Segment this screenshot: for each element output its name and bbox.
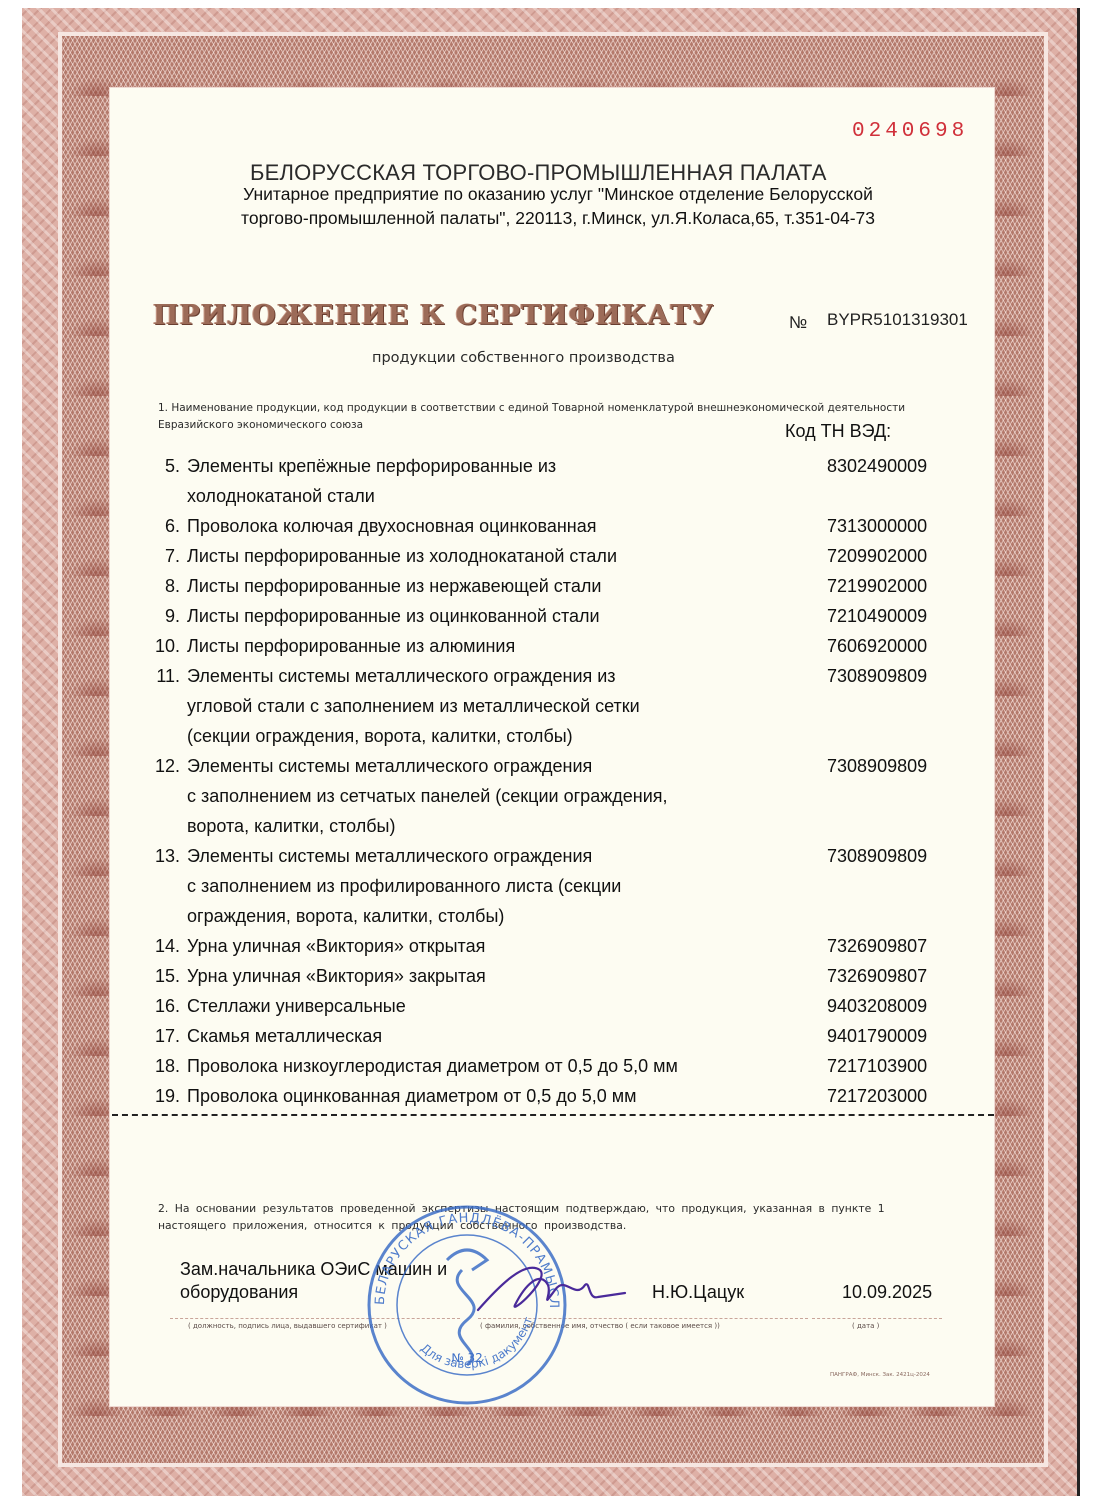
product-name: Скамья металлическая [187, 1021, 827, 1051]
product-code: 7326909807 [827, 931, 927, 961]
product-number: 16. [140, 991, 182, 1021]
product-row: 19. Проволока оцинкованная диаметром от … [140, 1081, 960, 1111]
document-heading: ПРИЛОЖЕНИЕ К СЕРТИФИКАТУ [153, 300, 714, 331]
product-name: Проволока оцинкованная диаметром от 0,5 … [187, 1081, 827, 1111]
product-name: Урна уличная «Виктория» закрытая [187, 961, 827, 991]
certificate-number-label: № [789, 313, 807, 333]
date-rule [812, 1318, 942, 1319]
product-name: Стеллажи универсальные [187, 991, 827, 1021]
product-number: 18. [140, 1051, 182, 1081]
handwritten-signature-icon [470, 1255, 630, 1325]
product-number: 8. [140, 571, 182, 601]
organization-subtitle-line1: Унитарное предприятие по оказанию услуг … [158, 182, 958, 206]
product-number: 15. [140, 961, 182, 991]
product-name: Проволока низкоуглеродистая диаметром от… [187, 1051, 827, 1081]
product-row: 15. Урна уличная «Виктория» закрытая7326… [140, 961, 960, 991]
caption-date: ( дата ) [852, 1322, 879, 1330]
product-row: 16. Стеллажи универсальные9403208009 [140, 991, 960, 1021]
product-row: 10. Листы перфорированные из алюминия760… [140, 631, 960, 661]
product-code: 7209902000 [827, 541, 927, 571]
product-row: 8. Листы перфорированные из нержавеющей … [140, 571, 960, 601]
product-code: 7219902000 [827, 571, 927, 601]
product-code: 7217203000 [827, 1081, 927, 1111]
product-row: 13. Элементы системы металлического огра… [140, 841, 960, 931]
dashed-divider [112, 1114, 994, 1116]
product-row: 5. Элементы крепёжные перфорированные из… [140, 451, 960, 511]
product-row: 9. Листы перфорированные из оцинкованной… [140, 601, 960, 631]
certificate-number: BYPR5101319301 [827, 310, 968, 330]
product-number: 5. [140, 451, 182, 511]
product-number: 11. [140, 661, 182, 751]
product-name: Элементы системы металлического огражден… [187, 661, 827, 751]
product-code: 7326909807 [827, 961, 927, 991]
product-number: 13. [140, 841, 182, 931]
product-number: 12. [140, 751, 182, 841]
signature-date: 10.09.2025 [842, 1282, 932, 1303]
signer-name: Н.Ю.Цацук [652, 1282, 744, 1303]
product-name: Урна уличная «Виктория» открытая [187, 931, 827, 961]
product-code: 7217103900 [827, 1051, 927, 1081]
product-code: 7308909809 [827, 661, 927, 751]
product-row: 14. Урна уличная «Виктория» открытая7326… [140, 931, 960, 961]
product-code: 7308909809 [827, 751, 927, 841]
product-row: 6. Проволока колючая двухосновная оцинко… [140, 511, 960, 541]
product-number: 17. [140, 1021, 182, 1051]
organization-subtitle: Унитарное предприятие по оказанию услуг … [158, 182, 958, 230]
product-code: 7606920000 [827, 631, 927, 661]
product-code: 7313000000 [827, 511, 927, 541]
product-number: 6. [140, 511, 182, 541]
product-name: Листы перфорированные из нержавеющей ста… [187, 571, 827, 601]
product-list: 5. Элементы крепёжные перфорированные из… [140, 451, 960, 1111]
product-name: Элементы системы металлического огражден… [187, 751, 827, 841]
product-code: 8302490009 [827, 451, 927, 511]
product-number: 19. [140, 1081, 182, 1111]
heading-subtitle: продукции собственного производства [372, 350, 675, 366]
product-name: Листы перфорированные из алюминия [187, 631, 827, 661]
product-name: Листы перфорированные из холоднокатаной … [187, 541, 827, 571]
product-row: 17. Скамья металлическая9401790009 [140, 1021, 960, 1051]
product-name: Проволока колючая двухосновная оцинкован… [187, 511, 827, 541]
product-number: 7. [140, 541, 182, 571]
organization-subtitle-line2: торгово-промышленной палаты", 220113, г.… [158, 206, 958, 230]
product-name: Элементы системы металлического огражден… [187, 841, 827, 931]
product-code: 7210490009 [827, 601, 927, 631]
product-number: 9. [140, 601, 182, 631]
stamp-number: № 32 [451, 1351, 483, 1365]
product-row: 12. Элементы системы металлического огра… [140, 751, 960, 841]
product-code: 9403208009 [827, 991, 927, 1021]
product-name: Листы перфорированные из оцинкованной ст… [187, 601, 827, 631]
product-row: 7. Листы перфорированные из холоднокатан… [140, 541, 960, 571]
product-number: 14. [140, 931, 182, 961]
code-column-header: Код ТН ВЭД: [785, 421, 891, 442]
product-name: Элементы крепёжные перфорированные из хо… [187, 451, 827, 511]
serial-number: 0240698 [852, 120, 968, 143]
product-row: 11. Элементы системы металлического огра… [140, 661, 960, 751]
printer-imprint: ПАНГРАФ, Минск. Зак. 2421ц-2024 [830, 1372, 930, 1378]
product-code: 9401790009 [827, 1021, 927, 1051]
caption-position: ( должность, подпись лица, выдавшего сер… [188, 1322, 387, 1330]
product-row: 18. Проволока низкоуглеродистая диаметро… [140, 1051, 960, 1081]
product-code: 7308909809 [827, 841, 927, 931]
product-number: 10. [140, 631, 182, 661]
